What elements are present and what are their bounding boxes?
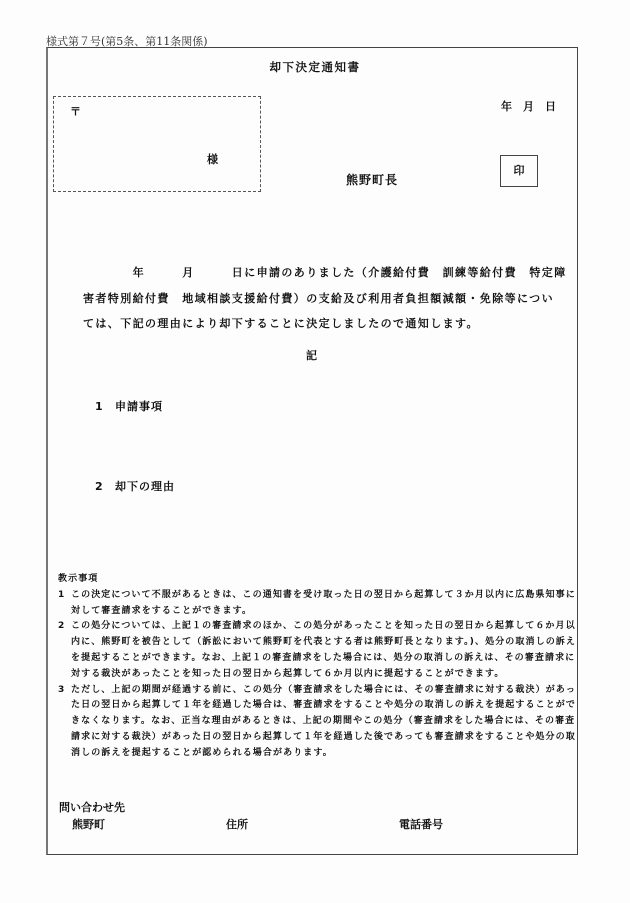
- instructions-title: 教示事項: [58, 572, 578, 588]
- item-number: 1: [95, 400, 115, 413]
- instruction-number: 3: [58, 683, 65, 699]
- contact-title: 問い合わせ先: [59, 799, 125, 815]
- item-label: 申請事項: [115, 400, 163, 413]
- item-application: 1申請事項: [95, 398, 163, 414]
- seal-box: 印: [500, 155, 538, 187]
- instruction-text: ただし、上記の期間が経過する前に、この処分（審査請求をした場合には、その審査請求…: [71, 685, 576, 758]
- item-number: 2: [95, 480, 115, 493]
- body-line-1: 年 月 日に申請のありました（介護給付費 訓練等給付費 特定障: [83, 264, 567, 280]
- instruction-number: 2: [58, 619, 65, 635]
- instruction-text: この決定について不服があるときは、この通知書を受け取った日の翌日から起算して３か…: [71, 590, 576, 616]
- issuer-name: 熊野町長: [346, 171, 398, 188]
- instruction-item: 2 この処分については、上記１の審査請求のほか、この処分があったことを知った日の…: [58, 619, 578, 682]
- item-label: 却下の理由: [115, 480, 175, 493]
- postal-mark: 〒: [70, 103, 81, 119]
- ki-heading: 記: [306, 347, 317, 363]
- contact-phone-label: 電話番号: [399, 816, 443, 832]
- instruction-item: 1 この決定について不服があるときは、この通知書を受け取った日の翌日から起算して…: [58, 588, 578, 620]
- instruction-text: この処分については、上記１の審査請求のほか、この処分があったことを知った日の翌日…: [71, 621, 576, 678]
- document-title: 却下決定通知書: [0, 59, 630, 75]
- instruction-number: 1: [58, 588, 65, 604]
- contact-office: 熊野町: [72, 816, 105, 832]
- item-rejection-reason: 2却下の理由: [95, 478, 175, 494]
- recipient-address-box: [53, 96, 261, 192]
- body-line-3: ては、下記の理由により却下することに決定しましたので通知します。: [83, 315, 479, 331]
- instructions-section: 教示事項 1 この決定について不服があるときは、この通知書を受け取った日の翌日か…: [58, 572, 578, 762]
- contact-address-label: 住所: [226, 816, 248, 832]
- recipient-suffix: 様: [207, 151, 218, 167]
- instruction-item: 3 ただし、上記の期間が経過する前に、この処分（審査請求をした場合には、その審査…: [58, 683, 578, 762]
- body-line-2: 害者特別給付費 地域相談支援給付費）の支給及び利用者負担額減額・免除等につい: [83, 290, 554, 306]
- issue-date: 年 月 日: [501, 98, 556, 114]
